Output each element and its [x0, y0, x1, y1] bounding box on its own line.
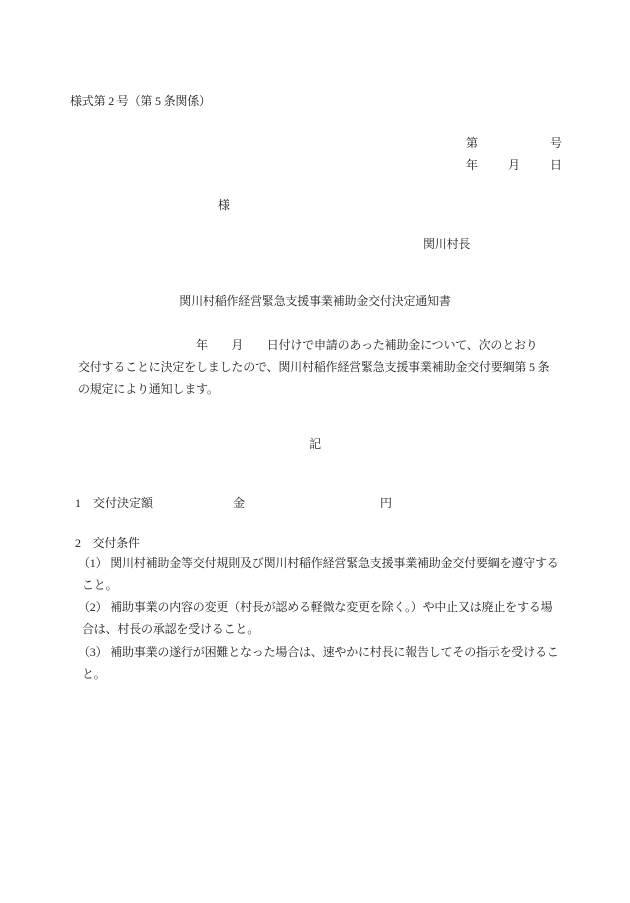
condition-2-line-2: 合は、村長の承認を受けること。 — [82, 622, 259, 637]
document-number-prefix: 第 — [466, 136, 478, 151]
day-label: 日 — [550, 158, 562, 173]
body-paragraph-line-1: 年 月 日付けで申請のあった補助金について、次のとおり — [196, 338, 538, 353]
sender-name: 関川村長 — [423, 237, 470, 252]
document-page: 様式第 2 号（第 5 条関係） 第 号 年 月 日 様 関川村長 関川村稲作経… — [0, 0, 630, 903]
amount-suffix: 円 — [380, 496, 392, 511]
grant-amount-row: 1 交付決定額 金 円 — [0, 496, 630, 511]
condition-3-line-2: と。 — [82, 667, 106, 682]
condition-1-line-2: こと。 — [82, 578, 117, 593]
document-number-suffix: 号 — [550, 136, 562, 151]
form-label: 様式第 2 号（第 5 条関係） — [70, 94, 211, 109]
date-line: 年 月 日 — [466, 158, 562, 173]
conditions-heading: 2 交付条件 — [75, 536, 140, 551]
body-paragraph-line-3: の規定により通知します。 — [78, 382, 219, 397]
month-label: 月 — [508, 158, 520, 173]
grant-amount-label: 1 交付決定額 — [75, 496, 153, 511]
condition-3-line-1: （3） 補助事業の遂行が困難となった場合は、速やかに村長に報告してその指示を受け… — [78, 645, 559, 660]
body-paragraph-line-2: 交付することに決定をしましたので、関川村稲作経営緊急支援事業補助金交付要綱第 5… — [78, 360, 549, 375]
year-label: 年 — [466, 158, 478, 173]
condition-2-line-1: （2） 補助事業の内容の変更（村長が認める軽微な変更を除く。）や中止又は廃止をす… — [78, 600, 552, 615]
document-number-line: 第 号 — [466, 136, 562, 151]
document-title: 関川村稲作経営緊急支援事業補助金交付決定通知書 — [0, 294, 630, 309]
section-marker: 記 — [0, 437, 630, 452]
amount-prefix: 金 — [233, 496, 245, 511]
condition-1-line-1: （1） 関川村補助金等交付規則及び関川村稲作経営緊急支援事業補助金交付要綱を遵守… — [78, 556, 559, 571]
recipient-honorific: 様 — [218, 198, 230, 213]
